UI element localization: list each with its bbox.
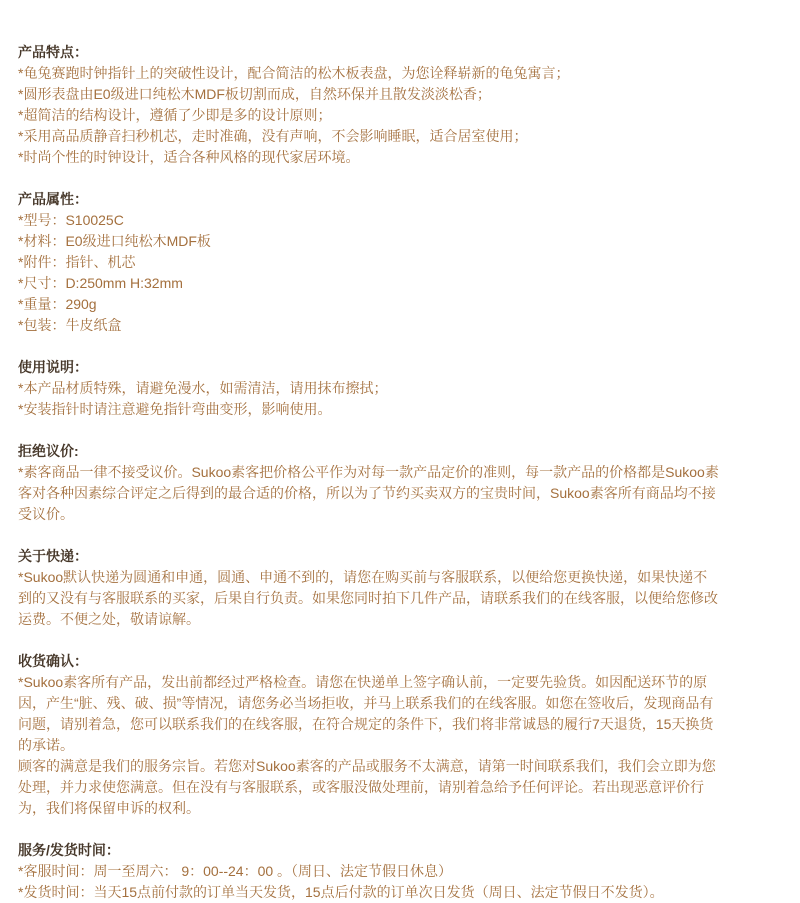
- section-receipt-confirmation: 收货确认： *Sukoo素客所有产品，发出前都经过严格检查。请您在快递单上签字确…: [18, 651, 738, 819]
- attribute-line-material: *材料：E0级进口纯松木MDF板: [18, 231, 720, 252]
- feature-line: *龟兔赛跑时钟指针上的突破性设计，配合简洁的松木板表盘，为您诠释崭新的龟兔寓言；: [18, 63, 720, 84]
- section-service-hours: 服务/发货时间： *客服时间：周一至周六： 9：00--24：00 。（周日、法…: [18, 840, 738, 903]
- product-description-document: 产品特点： *龟兔赛跑时钟指针上的突破性设计，配合简洁的松木板表盘，为您诠释崭新…: [18, 0, 738, 903]
- section-heading: 产品属性：: [18, 189, 738, 210]
- section-about-shipping: 关于快递： *Sukoo默认快递为圆通和申通，圆通、申通不到的，请您在购买前与客…: [18, 546, 738, 630]
- attribute-line-weight: *重量：290g: [18, 294, 720, 315]
- attribute-line-model: *型号：S10025C: [18, 210, 720, 231]
- section-no-bargaining: 拒绝议价: *素客商品一律不接受议价。Sukoo素客把价格公平作为对每一款产品定…: [18, 441, 738, 525]
- attribute-line-accessories: *附件：指针、机芯: [18, 252, 720, 273]
- section-heading: 使用说明：: [18, 357, 738, 378]
- section-heading: 收货确认：: [18, 651, 738, 672]
- section-product-features: 产品特点： *龟兔赛跑时钟指针上的突破性设计，配合简洁的松木板表盘，为您诠释崭新…: [18, 42, 738, 168]
- no-bargaining-paragraph: *素客商品一律不接受议价。Sukoo素客把价格公平作为对每一款产品定价的准则，每…: [18, 462, 720, 525]
- section-usage-instructions: 使用说明： *本产品材质特殊，请避免漫水，如需清洁，请用抹布擦拭； *安装指针时…: [18, 357, 738, 420]
- attribute-line-packaging: *包装：牛皮纸盒: [18, 315, 720, 336]
- section-product-attributes: 产品属性： *型号：S10025C *材料：E0级进口纯松木MDF板 *附件：指…: [18, 189, 738, 336]
- feature-line: *圆形表盘由E0级进口纯松木MDF板切割而成，自然环保并且散发淡淡松香；: [18, 84, 720, 105]
- feature-line: *时尚个性的时钟设计，适合各种风格的现代家居环境。: [18, 147, 720, 168]
- attribute-line-size: *尺寸：D:250mm H:32mm: [18, 273, 720, 294]
- section-heading: 服务/发货时间：: [18, 840, 738, 861]
- service-hours-line: *客服时间：周一至周六： 9：00--24：00 。（周日、法定节假日休息）: [18, 861, 720, 882]
- feature-line: *超简洁的结构设计，遵循了少即是多的设计原则；: [18, 105, 720, 126]
- section-heading: 产品特点：: [18, 42, 738, 63]
- shipping-paragraph: *Sukoo默认快递为圆通和申通，圆通、申通不到的，请您在购买前与客服联系，以便…: [18, 567, 720, 630]
- feature-line: *采用高品质静音扫秒机芯，走时准确，没有声响，不会影响睡眠，适合居室使用；: [18, 126, 720, 147]
- section-heading: 关于快递：: [18, 546, 738, 567]
- receipt-paragraph: *Sukoo素客所有产品，发出前都经过严格检查。请您在快递单上签字确认前，一定要…: [18, 672, 720, 756]
- section-heading: 拒绝议价:: [18, 441, 738, 462]
- usage-line: *本产品材质特殊，请避免漫水，如需清洁，请用抹布擦拭；: [18, 378, 720, 399]
- usage-line: *安装指针时请注意避免指针弯曲变形，影响使用。: [18, 399, 720, 420]
- receipt-paragraph: 顾客的满意是我们的服务宗旨。若您对Sukoo素客的产品或服务不太满意，请第一时间…: [18, 756, 720, 819]
